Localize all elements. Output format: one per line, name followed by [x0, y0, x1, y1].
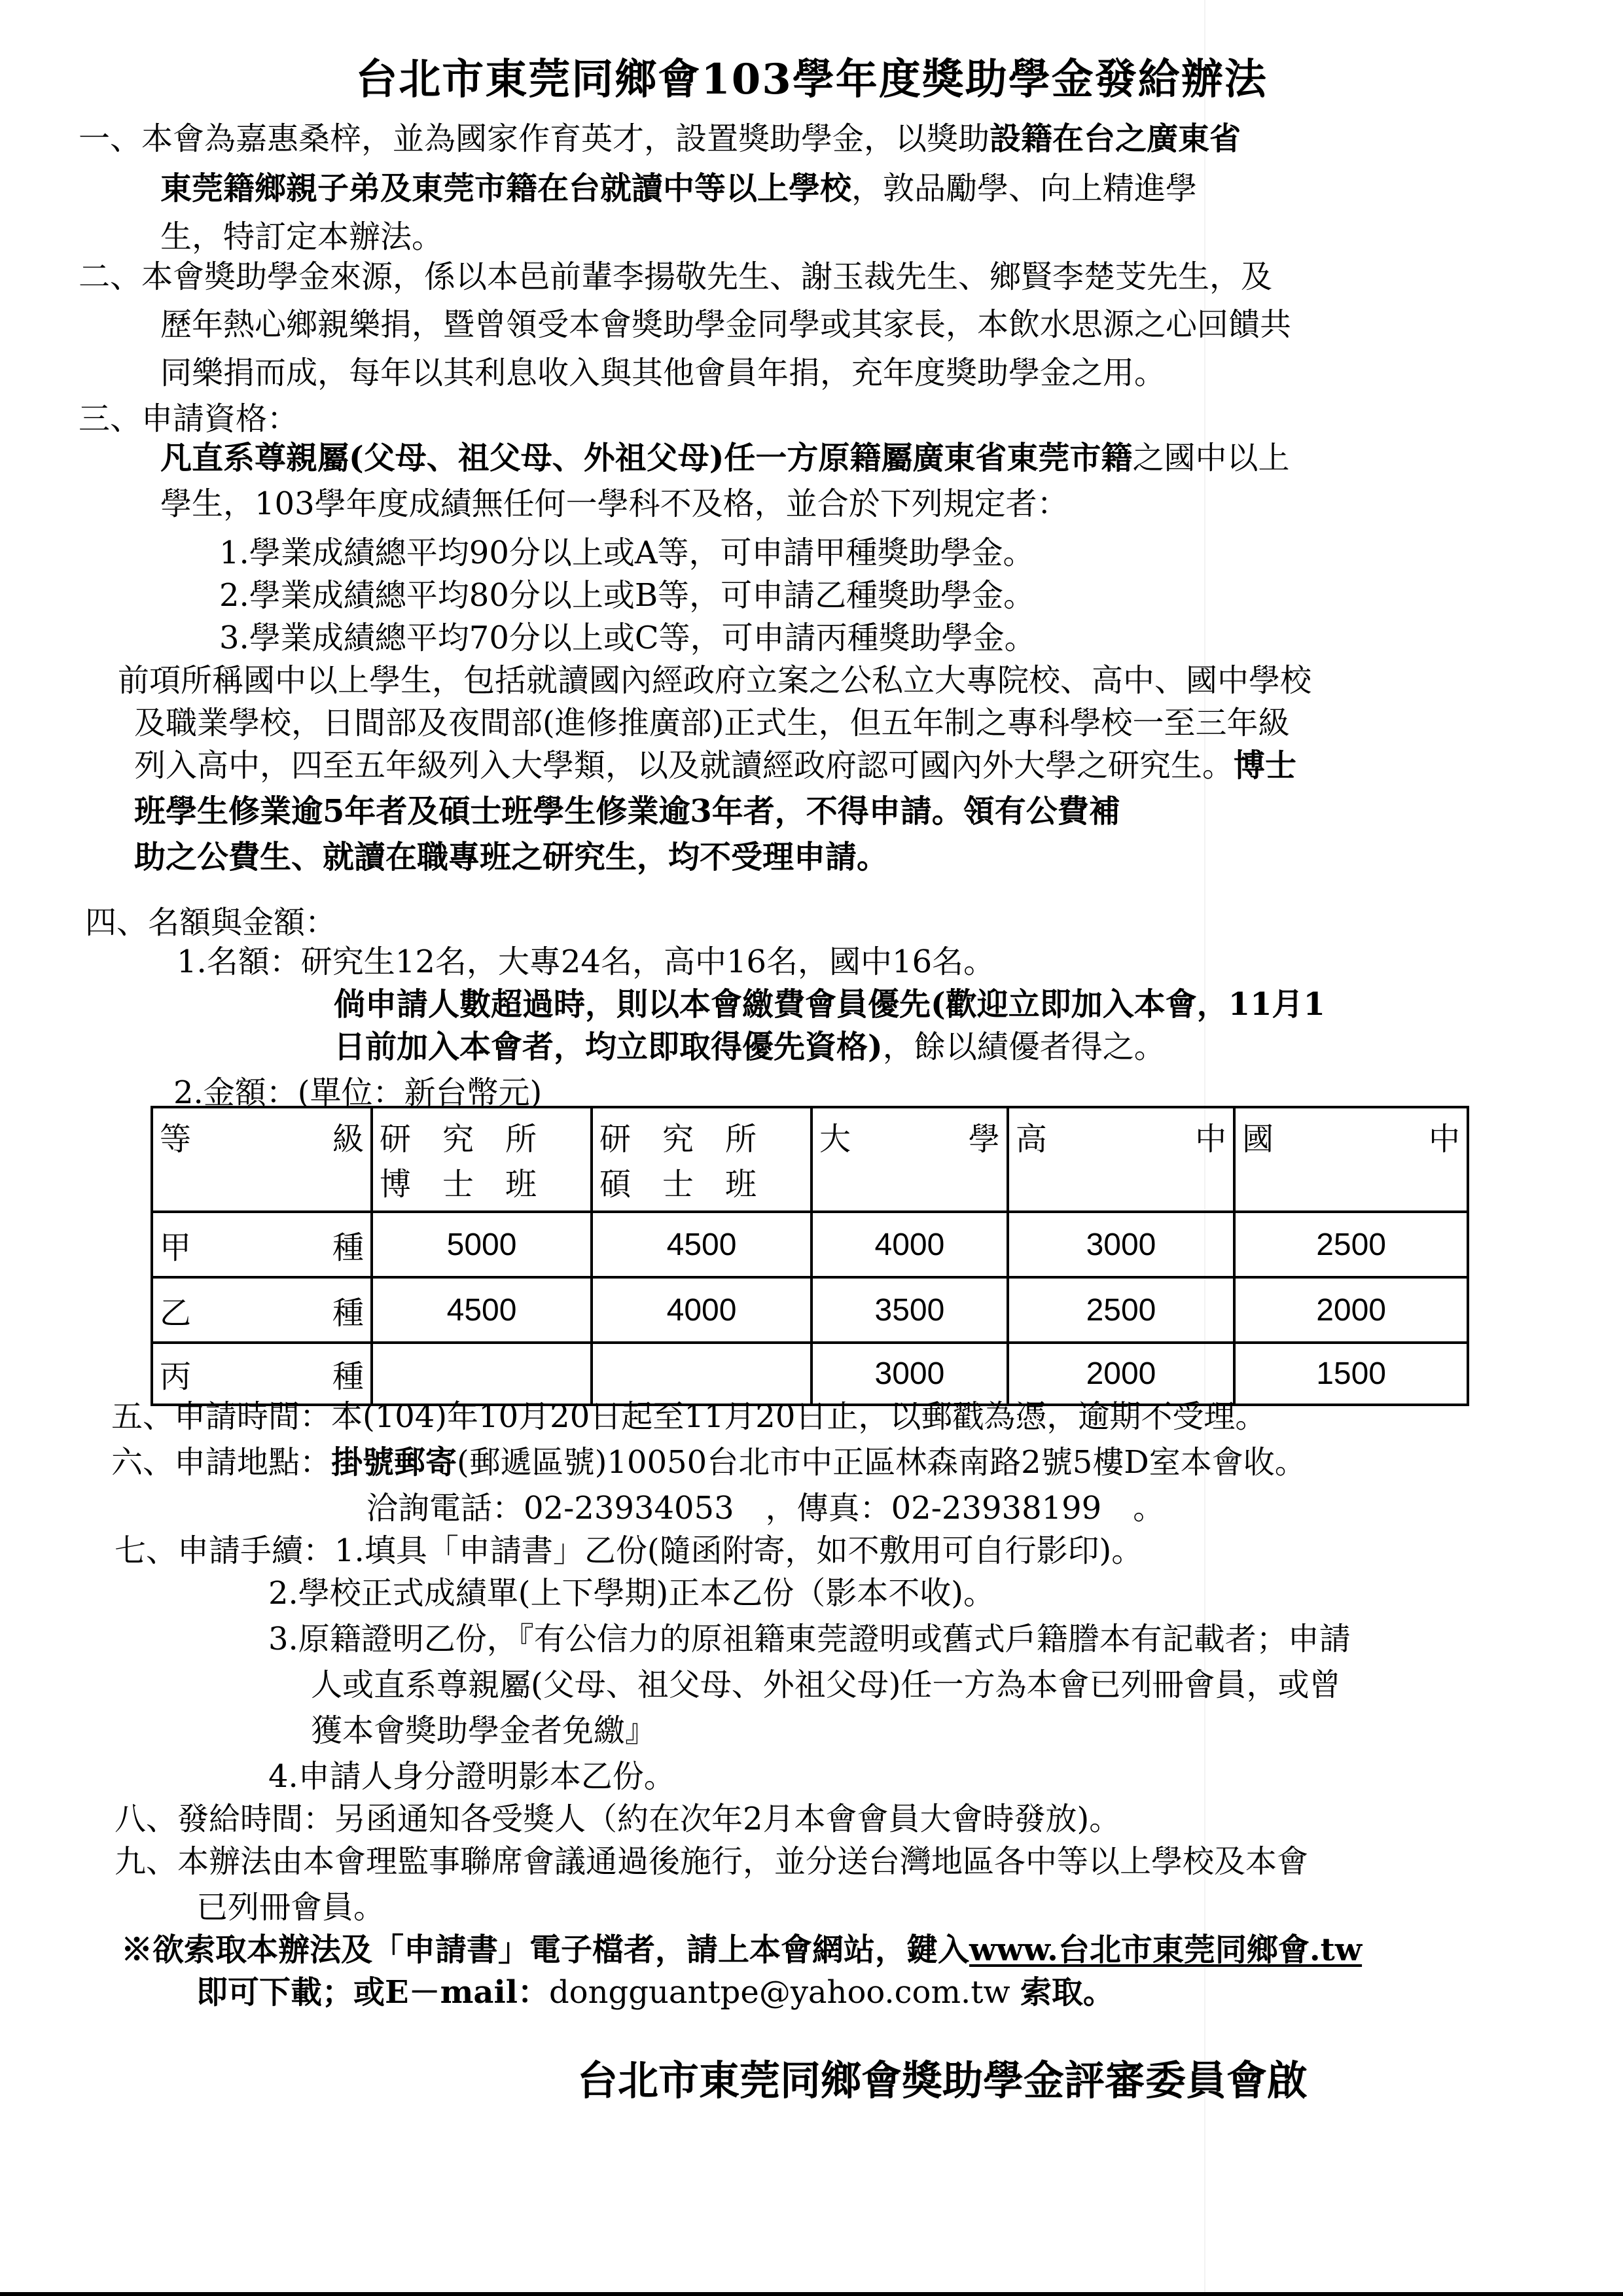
- section-1-line-3: 生，特訂定本辦法。: [160, 217, 443, 256]
- document-title: 台北市東莞同鄉會103學年度獎助學金發給辦法: [0, 46, 1623, 106]
- cell-value: 2500: [1234, 1212, 1468, 1277]
- header-grade: 等級: [152, 1107, 372, 1212]
- cell-value: 3000: [1008, 1212, 1234, 1277]
- section-7-item-3-cont-2: 獲本會獎助學金者免繳』: [311, 1711, 656, 1750]
- cell-value: [372, 1343, 592, 1405]
- table-row-grade-b: 乙種 4500 4000 3500 2500 2000: [152, 1277, 1468, 1343]
- section-3-rule-3: 3.學業成績總平均70分以上或C等，可申請丙種獎助學金。: [219, 618, 1036, 658]
- header-masters: 研 究 所碩 士 班: [592, 1107, 811, 1212]
- section-7-item-4: 4.申請人身分證明影本乙份。: [268, 1757, 675, 1796]
- header-phd: 研 究 所博 士 班: [372, 1107, 592, 1212]
- header-junior-high: 國中: [1234, 1107, 1468, 1212]
- email-link[interactable]: dongguantpe@yahoo.com.tw: [549, 1974, 1010, 2011]
- signature: 台北市東莞同鄉會獎助學金評審委員會啟: [0, 2048, 1623, 2106]
- section-1-line-1: 一、本會為嘉惠桑梓，並為國家作育英才，設置獎助學金，以獎助設籍在台之廣東省: [79, 119, 1241, 158]
- section-6-contact: 洽詢電話：02-23934053 ，傳真：02-23938199 。: [366, 1489, 1164, 1528]
- section-3-line-2: 學生，103學年度成績無任何一學科不及格，並合於下列規定者：: [160, 484, 1069, 523]
- scan-bottom-edge: [0, 2292, 1623, 2296]
- section-2-line-2: 歷年熱心鄉親樂捐，暨曾領受本會獎助學金同學或其家長，本飲水思源之心回饋共: [160, 305, 1291, 344]
- cell-value: 4000: [592, 1277, 811, 1343]
- cell-value: 2000: [1008, 1343, 1234, 1405]
- section-3-note-3: 列入高中，四至五年級列入大學類，以及就讀經政府認可國內外大學之研究生。博士: [134, 746, 1296, 785]
- section-5-application-period: 五、申請時間：本(104)年10月20日起至11月20日止，以郵戳為憑，逾期不受…: [111, 1397, 1266, 1436]
- section-7-item-3-cont-1: 人或直系尊親屬(父母、祖父母、外祖父母)任一方為本會已列冊會員，或曾: [311, 1665, 1340, 1704]
- section-7-item-2: 2.學校正式成績單(上下學期)正本乙份（影本不收)。: [268, 1574, 995, 1613]
- row-label: 丙種: [152, 1343, 372, 1405]
- cell-value: 2000: [1234, 1277, 1468, 1343]
- section-2-line-3: 同樂捐而成，每年以其利息收入與其他會員年捐，充年度獎助學金之用。: [160, 353, 1166, 393]
- scholarship-amount-table: 等級 研 究 所博 士 班 研 究 所碩 士 班 大學 高中 國中 甲種 500…: [151, 1106, 1469, 1406]
- row-label: 甲種: [152, 1212, 372, 1277]
- section-3-note-1: 前項所稱國中以上學生，包括就讀國內經政府立案之公私立大專院校、高中、國中學校: [118, 661, 1311, 700]
- cell-value: 3000: [811, 1343, 1008, 1405]
- section-8-distribution-time: 八、發給時間：另函通知各受獎人（約在次年2月本會會員大會時發放)。: [115, 1799, 1120, 1839]
- section-7-item-1: 七、申請手續：1.填具「申請書」乙份(隨函附寄，如不敷用可自行影印)。: [115, 1531, 1143, 1570]
- section-3-note-2: 及職業學校，日間部及夜間部(進修推廣部)正式生，但五年制之專科學校一至三年級: [134, 703, 1289, 743]
- table-header-row: 等級 研 究 所博 士 班 研 究 所碩 士 班 大學 高中 國中: [152, 1107, 1468, 1212]
- section-3-note-4: 班學生修業逾5年者及碩士班學生修業逾3年者，不得申請。領有公費補: [134, 792, 1120, 831]
- website-link[interactable]: www.台北市東莞同鄉會.tw: [969, 1932, 1362, 1968]
- section-1-line-2: 東莞籍鄉親子弟及東莞市籍在台就讀中等以上學校，敦品勵學、向上精進學: [160, 169, 1197, 208]
- section-4-heading: 四、名額與金額：: [85, 903, 336, 942]
- cell-value: 4000: [811, 1212, 1008, 1277]
- section-3-rule-2: 2.學業成績總平均80分以上或B等，可申請乙種獎助學金。: [219, 576, 1035, 615]
- table-row-grade-a: 甲種 5000 4500 4000 3000 2500: [152, 1212, 1468, 1277]
- document-page: 台北市東莞同鄉會103學年度獎助學金發給辦法 一、本會為嘉惠桑梓，並為國家作育英…: [0, 0, 1623, 2296]
- cell-value: 2500: [1008, 1277, 1234, 1343]
- download-notice-line-1: ※欲索取本辦法及「申請書」電子檔者，請上本會網站，鍵入www.台北市東莞同鄉會.…: [121, 1930, 1362, 1969]
- cell-value: 4500: [592, 1212, 811, 1277]
- header-senior-high: 高中: [1008, 1107, 1234, 1212]
- section-9-line-2: 已列冊會員。: [196, 1888, 385, 1927]
- cell-value: 3500: [811, 1277, 1008, 1343]
- header-university: 大學: [811, 1107, 1008, 1212]
- section-2-line-1: 二、本會獎助學金來源，係以本邑前輩李揚敬先生、謝玉裁先生、鄉賢李楚芠先生，及: [79, 257, 1272, 296]
- cell-value: 5000: [372, 1212, 592, 1277]
- cell-value: [592, 1343, 811, 1405]
- row-label: 乙種: [152, 1277, 372, 1343]
- section-3-heading: 三、申請資格：: [79, 399, 298, 438]
- download-notice-line-2: 即可下載；或E－mail：dongguantpe@yahoo.com.tw 索取…: [196, 1973, 1115, 2012]
- cell-value: 4500: [372, 1277, 592, 1343]
- section-3-rule-1: 1.學業成績總平均90分以上或A等，可申請甲種獎助學金。: [219, 533, 1035, 573]
- section-6-application-place: 六、申請地點：掛號郵寄(郵遞區號)10050台北市中正區林森南路2號5樓D室本會…: [111, 1443, 1306, 1482]
- section-4-priority-2: 日前加入本會者，均立即取得優先資格)，餘以績優者得之。: [334, 1027, 1166, 1067]
- section-9-line-1: 九、本辦法由本會理監事聯席會議通過後施行，並分送台灣地區各中等以上學校及本會: [115, 1842, 1308, 1881]
- section-7-item-3: 3.原籍證明乙份，『有公信力的原祖籍東莞證明或舊式戶籍謄本有記載者；申請: [268, 1619, 1351, 1659]
- section-3-note-5: 助之公費生、就讀在職專班之研究生，均不受理申請。: [134, 838, 888, 877]
- table-row-grade-c: 丙種 3000 2000 1500: [152, 1343, 1468, 1405]
- section-4-priority-1: 倘申請人數超過時，則以本會繳費會員優先(歡迎立即加入本會，11月1: [334, 985, 1325, 1024]
- section-3-line-1: 凡直系尊親屬(父母、祖父母、外祖父母)任一方原籍屬廣東省東莞市籍之國中以上: [160, 438, 1289, 478]
- cell-value: 1500: [1234, 1343, 1468, 1405]
- section-4-quota: 1.名額：研究生12名，大專24名，高中16名，國中16名。: [177, 942, 995, 981]
